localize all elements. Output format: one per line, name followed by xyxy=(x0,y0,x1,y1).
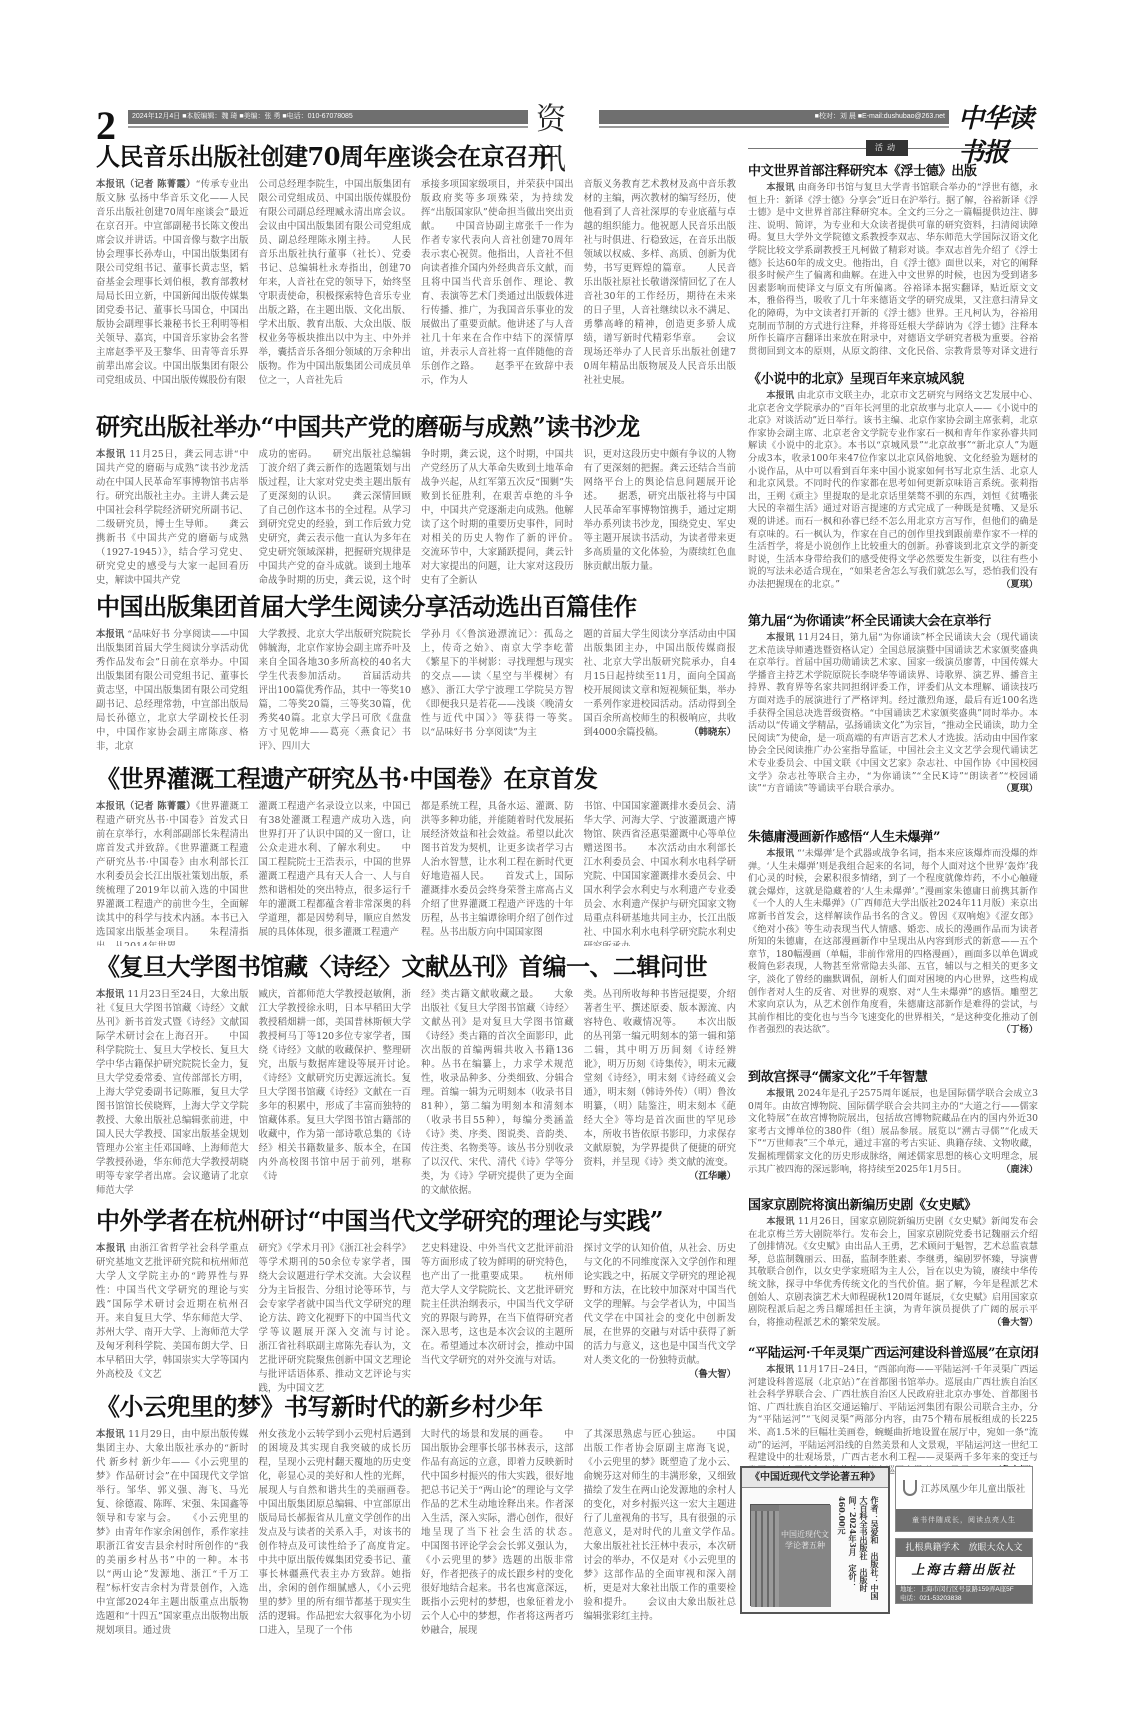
article-headline: 《复旦大学图书馆藏〈诗经〉文献丛刊》首编一、二辑问世 xyxy=(96,950,736,984)
brief-lead: 本报讯 xyxy=(766,390,794,401)
book-set-image: 中国近现代文学论著五种 xyxy=(750,1504,830,1606)
article-column: 题的首届大学生阅读分享活动由中国出版集团主办，中国出版传媒商报社、北京大学出版研… xyxy=(584,628,737,758)
brief-lead: 本报讯 xyxy=(766,1364,794,1375)
article-research-press-salon: 研究出版社举办“中国共产党的磨砺与成熟”读书沙龙 本报讯 11月25日，龚云同志… xyxy=(96,410,736,588)
article-column: 公司总经理李院生，中国出版集团有限公司党组成员、中国出版传媒股份有限公司副总经理… xyxy=(259,178,412,406)
article-headline: 中国出版集团首届大学生阅读分享活动选出百篇佳作 xyxy=(96,590,736,624)
brief-headline: 《小说中的北京》呈现百年来京城风貌 xyxy=(748,370,1038,390)
article-column: 音版义务教育艺术教材及高中音乐教材的主编，两次教材的编写经历，使他看到了人音社深… xyxy=(584,178,737,406)
brief-lead: 本报讯 xyxy=(766,1088,794,1099)
article-column: 本报讯 11月25日，龚云同志讲“中国共产党的磨砺与成熟”读书沙龙活动在中国人民… xyxy=(96,448,249,588)
ad-book-meta: 作者：吴爱和 出版社：中国大百科全书出版社 出版时间：2024年3月 定价：46… xyxy=(836,1496,880,1606)
article-column: 承接多项国家级项目，并荣获中国出版政府奖等多项殊荣，为持续发挥“出版国家队”使命… xyxy=(421,178,574,406)
publisher-address: 地址：上海市闵行区号景路159弄A座5F xyxy=(900,1585,1028,1594)
article-headline: 人民音乐出版社创建70周年座谈会在京召开 xyxy=(96,140,736,174)
article-column: 本报讯（记者 陈菁霞）《世界灌溉工程遗产研究丛书·中国卷》首发式日前在京举行，水… xyxy=(96,800,249,946)
brief-lead: 本报讯 xyxy=(766,1216,794,1227)
article-headline: 中外学者在杭州研讨“中国当代文学研究的理论与实践” xyxy=(96,1204,736,1238)
advertisements: 《中国近现代文学论著五种》 中国近现代文学论著五种 作者：吴爱和 出版社：中国大… xyxy=(740,1466,1040,1616)
section-label-tag: 活动 xyxy=(866,140,908,156)
publisher-name: 上海古籍出版社 xyxy=(896,1557,1032,1585)
article-column: 经》类古籍文献收藏之最。 大象出版社《复旦大学图书馆藏〈诗经〉文献丛刊》是对复旦… xyxy=(421,988,574,1220)
brief-byline: （夏琪） xyxy=(1001,579,1038,592)
publisher-tagline: 扎根典籍学术 放眼大众人文 xyxy=(896,1539,1032,1557)
article-column: 臧庆，首都师范大学教授赵敏俐，浙江大学教授徐永明，日本早稻田大学教授稻畑耕一郎，… xyxy=(259,988,412,1220)
brief-headline: “平陆运河·千年灵渠广西运河建设科普巡展”在京闭幕 xyxy=(748,1344,1038,1364)
brief-byline: （夏琪） xyxy=(1001,783,1038,796)
publisher-slogan: 童书伴随成长，阅读点亮人生 xyxy=(896,1509,1032,1531)
publisher-name: 江苏凤凰少年儿童出版社 xyxy=(921,1481,1026,1495)
book-cover: 中国近现代文学论著五种 xyxy=(779,1505,831,1607)
ad-book-title: 《中国近现代文学论著五种》 xyxy=(742,1468,888,1488)
section-label: 活动 xyxy=(748,140,1038,156)
article-column: 艺史料建设、中外当代文艺批评前沿等方面形成了较为鲜明的研究特色，也产出了一批重要… xyxy=(421,1242,574,1402)
article-student-reading: 中国出版集团首届大学生阅读分享活动选出百篇佳作 本报讯 “品味好书 分享阅读——… xyxy=(96,590,736,758)
masthead-rule-right xyxy=(599,126,949,128)
article-column: 本报讯 11月29日，由中原出版传媒集团主办、大象出版社承办的“新时代 新乡村 … xyxy=(96,1428,249,1652)
article-column: 识，更对这段历史中颇有争议的人物有了更深刻的把握。龚云还结合当前网络平台上的舆论… xyxy=(584,448,737,588)
brief-body: 11月17日–24日，“西部向海——平陆运河·千年灵渠广西运河建设科普巡展（北京… xyxy=(748,1364,1038,1476)
brief-byline: （鲁大智） xyxy=(992,1317,1038,1330)
brief-byline: （丁杨） xyxy=(1001,1024,1038,1037)
masthead-left-bar: 2024年12月4日 ■本版编辑：魏 琦 ■美编：张 勇 ■电话：010-670… xyxy=(128,110,528,124)
brief-headline: 第九届“为你诵读”杯全民诵读大会在京举行 xyxy=(748,612,1038,632)
article-column: 书馆、中国国家灌溉排水委员会、清华大学、河海大学、宁波灌溉遗产博物馆、陕西省泾惠… xyxy=(584,800,737,946)
publisher-logo-icon xyxy=(903,1480,917,1496)
sidebar-events: 活动 中文世界首部注释研究本《浮士德》出版 本报讯 由商务印书馆与复旦大学青书馆… xyxy=(748,140,1038,1508)
brief-faust: 中文世界首部注释研究本《浮士德》出版 本报讯 由商务印书馆与复旦大学青书馆联合举… xyxy=(748,162,1038,358)
brief-headline: 到故宫探寻“儒家文化”千年智慧 xyxy=(748,1068,1038,1088)
article-xiaoyundou-dream: 《小云兜里的梦》书写新时代的新乡村少年 本报讯 11月29日，由中原出版传媒集团… xyxy=(96,1390,736,1652)
brief-headline: 朱德庸漫画新作感悟“人生未爆弹” xyxy=(748,828,1038,848)
brief-body: 2024年是孔子2575周年诞辰，也是国际儒学联合会成立30周年。由故宫博物院、… xyxy=(748,1088,1038,1175)
article-column: 本报讯 “品味好书 分享阅读——中国出版集团首届大学生阅读分享活动优秀作品发布会… xyxy=(96,628,249,758)
article-column: 学孙月《〈鲁滨逊漂流记〉：孤岛之上，传奇之始》、南京大学李屹蕾《繁星下的半树影：… xyxy=(421,628,574,758)
brief-lead: 本报讯 xyxy=(766,632,794,643)
brief-body: 由北京市文联主办，北京市文艺研究与网络文艺发展中心、北京老舍文学院承办的“百年长… xyxy=(748,390,1038,590)
article-column: 争时期，龚云说，这个时期，中国共产党经历了从大革命失败到土地革命战争兴起，从红军… xyxy=(421,448,574,588)
masthead-rule-left xyxy=(128,126,528,128)
book-spines xyxy=(751,1511,779,1607)
article-fudan-shijing: 《复旦大学图书馆藏〈诗经〉文献丛刊》首编一、二辑问世 本报讯 11月23日至24… xyxy=(96,950,736,1220)
article-column: 类。丛刊所收每种书皆冠提要，介绍著者生平、撰述原委、版本源流、内容特色、收藏情况… xyxy=(584,988,737,1220)
article-column: 灌溉工程遗产名录设立以来，中国已有38处灌溉工程遗产成功入选，向世界打开了认识中… xyxy=(259,800,412,946)
brief-beijing-in-fiction: 《小说中的北京》呈现百年来京城风貌 本报讯 由北京市文联主办，北京市文艺研究与网… xyxy=(748,370,1038,600)
ad-jiangsu-phoenix-children[interactable]: 江苏凤凰少年儿童出版社 童书伴随成长，阅读点亮人生 xyxy=(895,1466,1033,1532)
article-column: 都是系统工程，具备水运、灌溉、防洪等多种功能，并能随着时代发展拓展经济效益和社会… xyxy=(421,800,574,946)
article-music-press-70th: 人民音乐出版社创建70周年座谈会在京召开 本报讯（记者 陈菁霞）“传承专业出版文… xyxy=(96,140,736,406)
brief-body: 11月26日，国家京剧院新编历史剧《女史赋》新闻发布会在北京梅兰芳大剧院举行。发… xyxy=(748,1216,1038,1328)
brief-body: 由商务印书馆与复旦大学青书馆联合举办的“浮世有德，永恒上升：新译《浮士德》分享会… xyxy=(748,182,1038,358)
brief-peking-opera: 国家京剧院将演出新编历史剧《女史赋》 本报讯 11月26日，国家京剧院新编历史剧… xyxy=(748,1196,1038,1332)
article-column: 研究》《学术月刊》《浙江社会科学》等学术期刊的50余位专家学者，围绕大会议题进行… xyxy=(259,1242,412,1402)
brief-recitation-contest: 第九届“为你诵读”杯全民诵读大会在京举行 本报讯 11月24日，第九届“为你诵读… xyxy=(748,612,1038,816)
article-headline: 《世界灌溉工程遗产研究丛书·中国卷》在京首发 xyxy=(96,762,736,796)
masthead-right-bar: ■校对：刘 晨 ■E-mail:dushubao@263.net xyxy=(599,110,949,124)
brief-lead: 本报讯 xyxy=(766,848,794,859)
article-headline: 《小云兜里的梦》书写新时代的新乡村少年 xyxy=(96,1390,736,1424)
brief-lead: 本报讯 xyxy=(766,182,794,193)
article-column: 成功的密码。 研究出版社总编辑丁波介绍了龚云新作的选题策划与出版过程，让大家对党… xyxy=(259,448,412,588)
article-headline: 研究出版社举办“中国共产党的磨砺与成熟”读书沙龙 xyxy=(96,410,736,444)
article-column: 了其深思熟虑与匠心独运。 中国出版工作者协会原副主席海飞说，《小云兜里的梦》既塑… xyxy=(584,1428,737,1652)
article-column: 探讨文学的认知价值，从社会、历史与文化的不同维度深入文学创作和理论实践之中，拓展… xyxy=(584,1242,737,1402)
brief-body: “‘未爆弹’是个武器或战争名词，指本来应该爆炸而没爆的炸弹。‘人生未爆弹’则是我… xyxy=(748,848,1038,1035)
article-column: 本报讯 11月23日至24日，大象出版社《复旦大学图书馆藏〈诗经〉文献丛刊》新书… xyxy=(96,988,249,1220)
brief-body: 11月24日，第九届“为你诵读”杯全民诵读大会（现代诵读艺术范读导师遴选暨资格认… xyxy=(748,632,1038,794)
publisher-phone: 电话：021-53203838 xyxy=(900,1594,1028,1603)
brief-headline: 中文世界首部注释研究本《浮士德》出版 xyxy=(748,162,1038,182)
article-column: 州女孩龙小云转学到小云兜村后遇到的困境及其实现自我突破的成长历程，呈现小云兜村翻… xyxy=(259,1428,412,1652)
article-column: 本报讯（记者 陈菁霞）“传承专业出版文脉 弘扬中华音乐文化——人民音乐出版社创建… xyxy=(96,178,249,406)
article-column: 大学教授、北京大学出版研究院院长韩毓海，北京作家协会副主席乔叶及来自全国各地30… xyxy=(259,628,412,758)
ad-shanghai-classics[interactable]: 扎根典籍学术 放眼大众人文 上海古籍出版社 地址：上海市闵行区号景路159弄A座… xyxy=(895,1538,1033,1604)
ad-book-five-treatises[interactable]: 《中国近现代文学论著五种》 中国近现代文学论著五种 作者：吴爱和 出版社：中国大… xyxy=(740,1466,890,1614)
brief-zhu-deyong-comics: 朱德庸漫画新作感悟“人生未爆弹” 本报讯 “‘未爆弹’是个武器或战争名词，指本来… xyxy=(748,828,1038,1056)
brief-confucian-exhibition: 到故宫探寻“儒家文化”千年智慧 本报讯 2024年是孔子2575周年诞辰，也是国… xyxy=(748,1068,1038,1184)
brief-headline: 国家京剧院将演出新编历史剧《女史赋》 xyxy=(748,1196,1038,1216)
article-column: 本报讯 由浙江省哲学社会科学重点研究基地文艺批评研究院和杭州师范大学人文学院主办… xyxy=(96,1242,249,1402)
article-hangzhou-symposium: 中外学者在杭州研讨“中国当代文学研究的理论与实践” 本报讯 由浙江省哲学社会科学… xyxy=(96,1204,736,1402)
article-irrigation-heritage: 《世界灌溉工程遗产研究丛书·中国卷》在京首发 本报讯（记者 陈菁霞）《世界灌溉工… xyxy=(96,762,736,946)
article-column: 大时代的场景和发展的画卷。 中国出版协会理事长邬书林表示，这部作品有高远的立意，… xyxy=(421,1428,574,1652)
brief-byline: （鹿沫） xyxy=(1001,1164,1038,1177)
